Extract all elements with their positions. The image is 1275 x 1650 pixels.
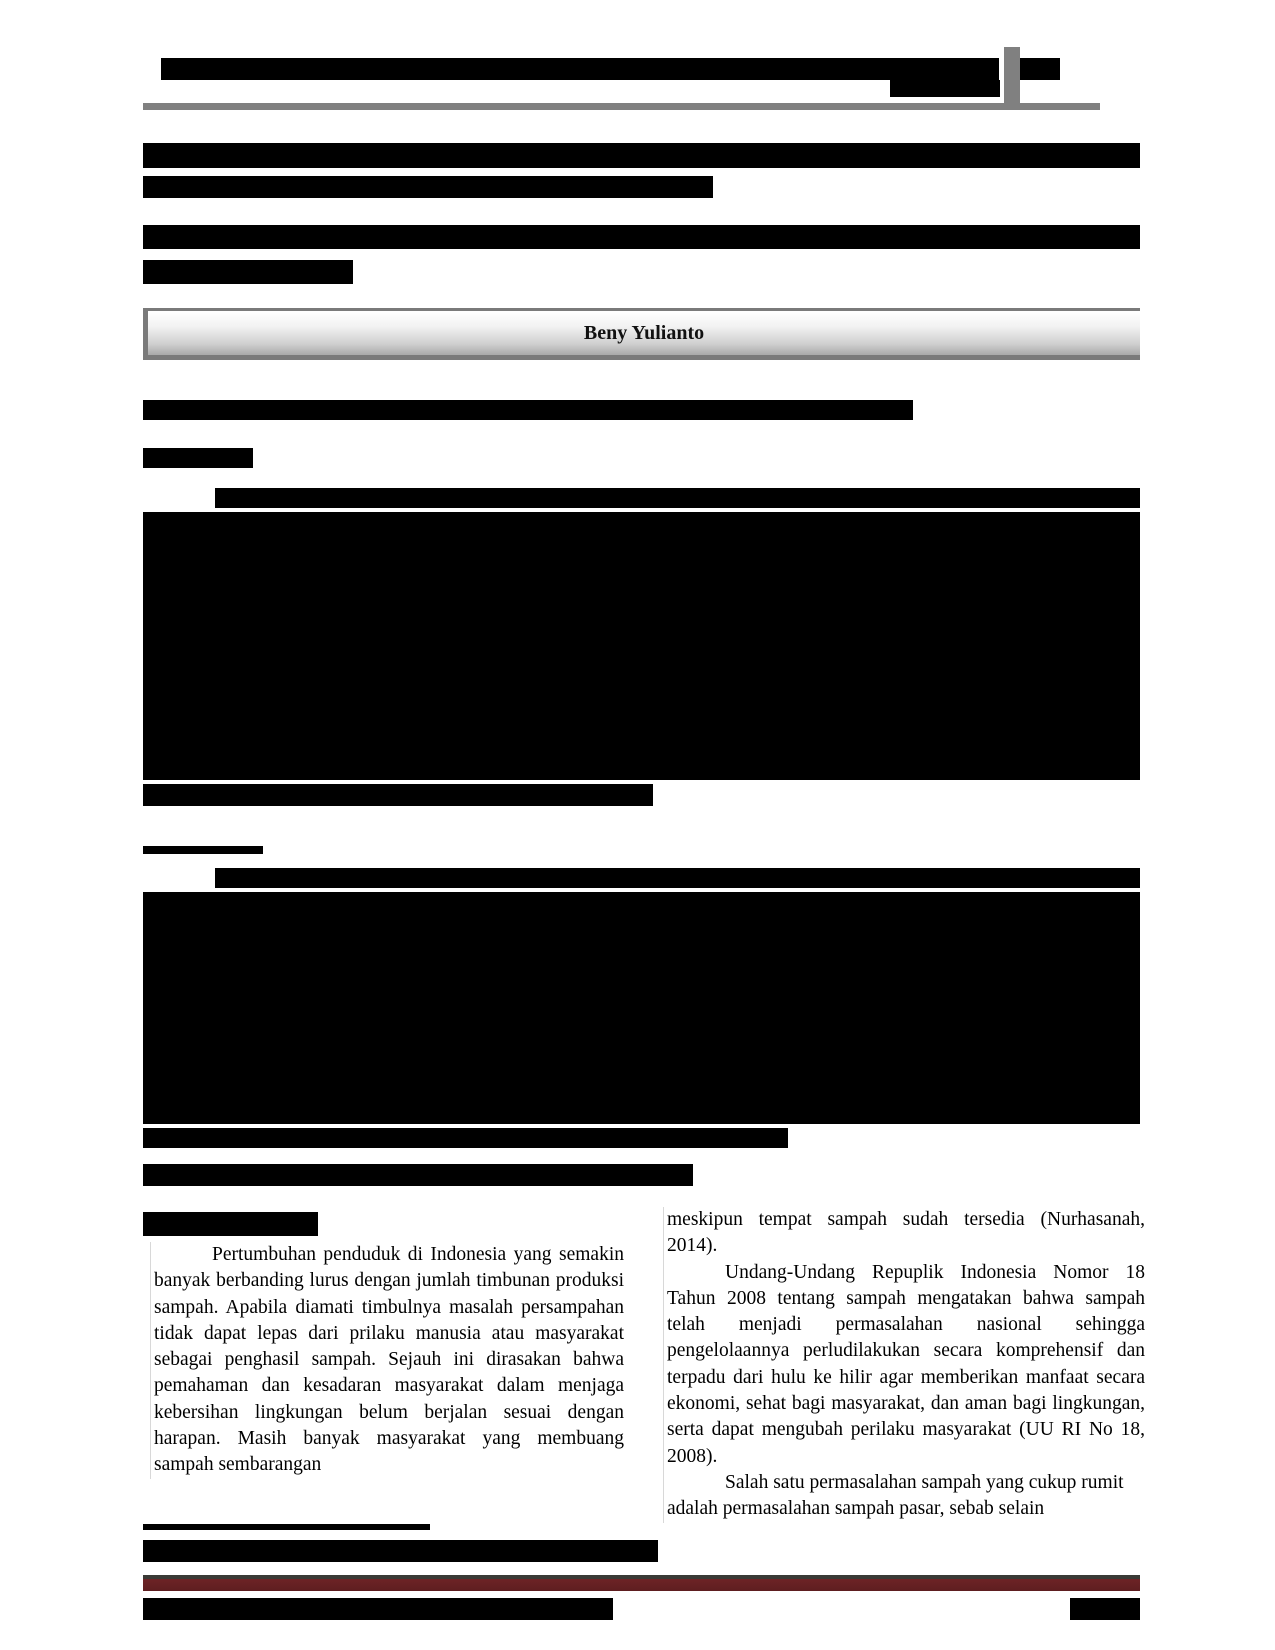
journal-info-redacted	[143, 1598, 613, 1620]
header-vertical-bar	[1004, 47, 1020, 104]
author-name: Beny Yulianto	[584, 322, 704, 345]
running-header-page-number-redacted	[1020, 58, 1060, 80]
paragraph: Pertumbuhan penduduk di Indonesia yang s…	[154, 1242, 624, 1479]
body-right-column: meskipun tempat sampah sudah tersedia (N…	[663, 1207, 1145, 1523]
abstract-body-redacted	[143, 892, 1140, 1124]
title-en-line-1-redacted	[143, 225, 1140, 249]
body-left-column: Pertumbuhan penduduk di Indonesia yang s…	[150, 1242, 624, 1479]
author-box: Beny Yulianto	[143, 308, 1140, 360]
running-header-text-redacted	[161, 58, 999, 80]
footnote-redacted	[143, 1540, 658, 1562]
abstract-line-1-redacted	[215, 868, 1140, 888]
page-label-redacted	[1070, 1598, 1140, 1620]
title-line-2-redacted	[143, 176, 713, 198]
title-line-1-redacted	[143, 143, 1140, 168]
abstract-keywords-redacted	[143, 1164, 693, 1186]
header-rule	[143, 103, 1100, 110]
paragraph: Salah satu permasalahan sampah yang cuku…	[667, 1470, 1145, 1523]
abstract-last-line-redacted	[143, 1128, 788, 1148]
abstrak-heading-redacted	[143, 448, 253, 468]
footnote-rule	[143, 1524, 430, 1530]
paragraph: meskipun tempat sampah sudah tersedia (N…	[667, 1207, 1145, 1260]
paragraph: Undang-Undang Repuplik Indonesia Nomor 1…	[667, 1260, 1145, 1470]
abstrak-body-redacted	[143, 512, 1140, 780]
footer-color-bar	[143, 1579, 1140, 1591]
abstract-heading-redacted	[143, 846, 263, 854]
title-en-line-2-redacted	[143, 260, 353, 284]
affiliation-redacted	[143, 400, 913, 420]
abstrak-line-1-redacted	[215, 488, 1140, 508]
introduction-heading-redacted	[143, 1212, 318, 1236]
abstrak-keywords-redacted	[143, 784, 653, 806]
running-header-text-redacted-line2	[890, 80, 1000, 97]
